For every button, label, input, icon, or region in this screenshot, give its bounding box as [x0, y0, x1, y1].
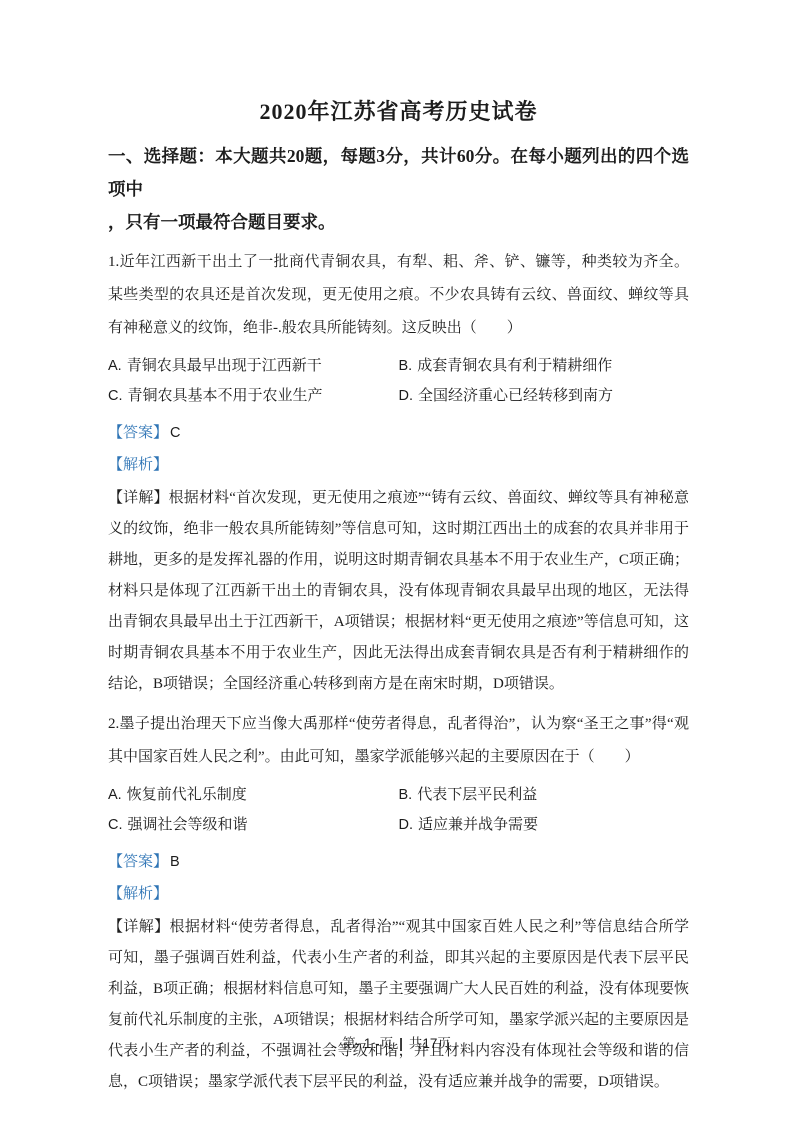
- detail-text: 根据材料“使劳者得息，乱者得治”“观其中国家百姓人民之利”等信息结合所学可知，墨…: [108, 919, 689, 1090]
- detail-label: 【详解】: [108, 919, 170, 935]
- question-2-option-b: B.代表下层平民利益: [399, 780, 690, 810]
- exam-page: 2020年江苏省高考历史试卷 一、选择题：本大题共20题，每题3分，共计60分。…: [0, 0, 793, 1122]
- option-text: 强调社会等级和谐: [128, 817, 248, 833]
- analysis-label: 【解析】: [108, 886, 168, 902]
- option-key: A.: [108, 358, 122, 374]
- question-2-detail: 【详解】根据材料“使劳者得息，乱者得治”“观其中国家百姓人民之利”等信息结合所学…: [108, 912, 689, 1098]
- question-1-analysis-line: 【解析】: [108, 449, 689, 481]
- option-text: 适应兼并战争需要: [418, 817, 538, 833]
- answer-value: C: [170, 425, 180, 441]
- question-1-detail: 【详解】根据材料“首次发现，更无使用之痕迹”“铸有云纹、兽面纹、蝉纹等具有神秘意…: [108, 483, 689, 700]
- option-key: D.: [399, 388, 414, 404]
- question-2-number: 2.: [108, 716, 119, 732]
- footer-page-label: 第- 1 -页: [342, 1036, 393, 1051]
- answer-value: B: [170, 854, 180, 870]
- question-2-options: A.恢复前代礼乐制度 B.代表下层平民利益 C.强调社会等级和谐 D.适应兼并战…: [108, 780, 689, 840]
- analysis-label: 【解析】: [108, 457, 168, 473]
- option-text: 恢复前代礼乐制度: [127, 787, 247, 803]
- question-2-analysis-line: 【解析】: [108, 878, 689, 910]
- option-key: D.: [399, 817, 414, 833]
- option-text: 青铜农具基本不用于农业生产: [128, 388, 323, 404]
- option-key: C.: [108, 817, 123, 833]
- question-2-stem: 2.墨子提出治理天下应当像大禹那样“使劳者得息，乱者得治”，认为察“圣王之事”得…: [108, 708, 689, 774]
- section-heading-line2: ，只有一项最符合题目要求。: [108, 212, 336, 232]
- footer-total-label: 共17页: [409, 1036, 451, 1051]
- detail-label: 【详解】: [108, 490, 169, 506]
- question-1-option-c: C.青铜农具基本不用于农业生产: [108, 381, 399, 411]
- question-1-answer-line: 【答案】C: [108, 417, 689, 449]
- question-1: 1.近年江西新干出土了一批商代青铜农具，有犁、耜、斧、铲、镰等，种类较为齐全。某…: [108, 246, 689, 700]
- option-text: 成套青铜农具有利于精耕细作: [417, 358, 612, 374]
- question-1-stem: 1.近年江西新干出土了一批商代青铜农具，有犁、耜、斧、铲、镰等，种类较为齐全。某…: [108, 246, 689, 345]
- question-1-option-d: D.全国经济重心已经转移到南方: [399, 381, 690, 411]
- section-heading: 一、选择题：本大题共20题，每题3分，共计60分。在每小题列出的四个选项中，只有…: [108, 140, 689, 239]
- question-1-option-b: B.成套青铜农具有利于精耕细作: [399, 351, 690, 381]
- question-1-option-a: A.青铜农具最早出现于江西新干: [108, 351, 399, 381]
- option-text: 青铜农具最早出现于江西新干: [127, 358, 322, 374]
- option-text: 代表下层平民利益: [417, 787, 537, 803]
- detail-text: 根据材料“首次发现，更无使用之痕迹”“铸有云纹、兽面纹、蝉纹等具有神秘意义的纹饰…: [108, 490, 689, 692]
- question-2-option-d: D.适应兼并战争需要: [399, 810, 690, 840]
- question-2-option-c: C.强调社会等级和谐: [108, 810, 399, 840]
- answer-label: 【答案】: [108, 854, 168, 870]
- footer-separator: |: [399, 1036, 403, 1051]
- question-2-answer-line: 【答案】B: [108, 846, 689, 878]
- question-2-option-a: A.恢复前代礼乐制度: [108, 780, 399, 810]
- option-text: 全国经济重心已经转移到南方: [418, 388, 613, 404]
- option-key: C.: [108, 388, 123, 404]
- option-key: B.: [399, 358, 413, 374]
- page-footer: 第- 1 -页|共17页: [0, 1032, 793, 1052]
- question-1-options: A.青铜农具最早出现于江西新干 B.成套青铜农具有利于精耕细作 C.青铜农具基本…: [108, 351, 689, 411]
- page-title: 2020年江苏省高考历史试卷: [108, 96, 689, 128]
- section-heading-line1: 一、选择题：本大题共20题，每题3分，共计60分。在每小题列出的四个选项中: [108, 146, 689, 199]
- option-key: B.: [399, 787, 413, 803]
- question-1-number: 1.: [108, 254, 119, 270]
- answer-label: 【答案】: [108, 425, 168, 441]
- option-key: A.: [108, 787, 122, 803]
